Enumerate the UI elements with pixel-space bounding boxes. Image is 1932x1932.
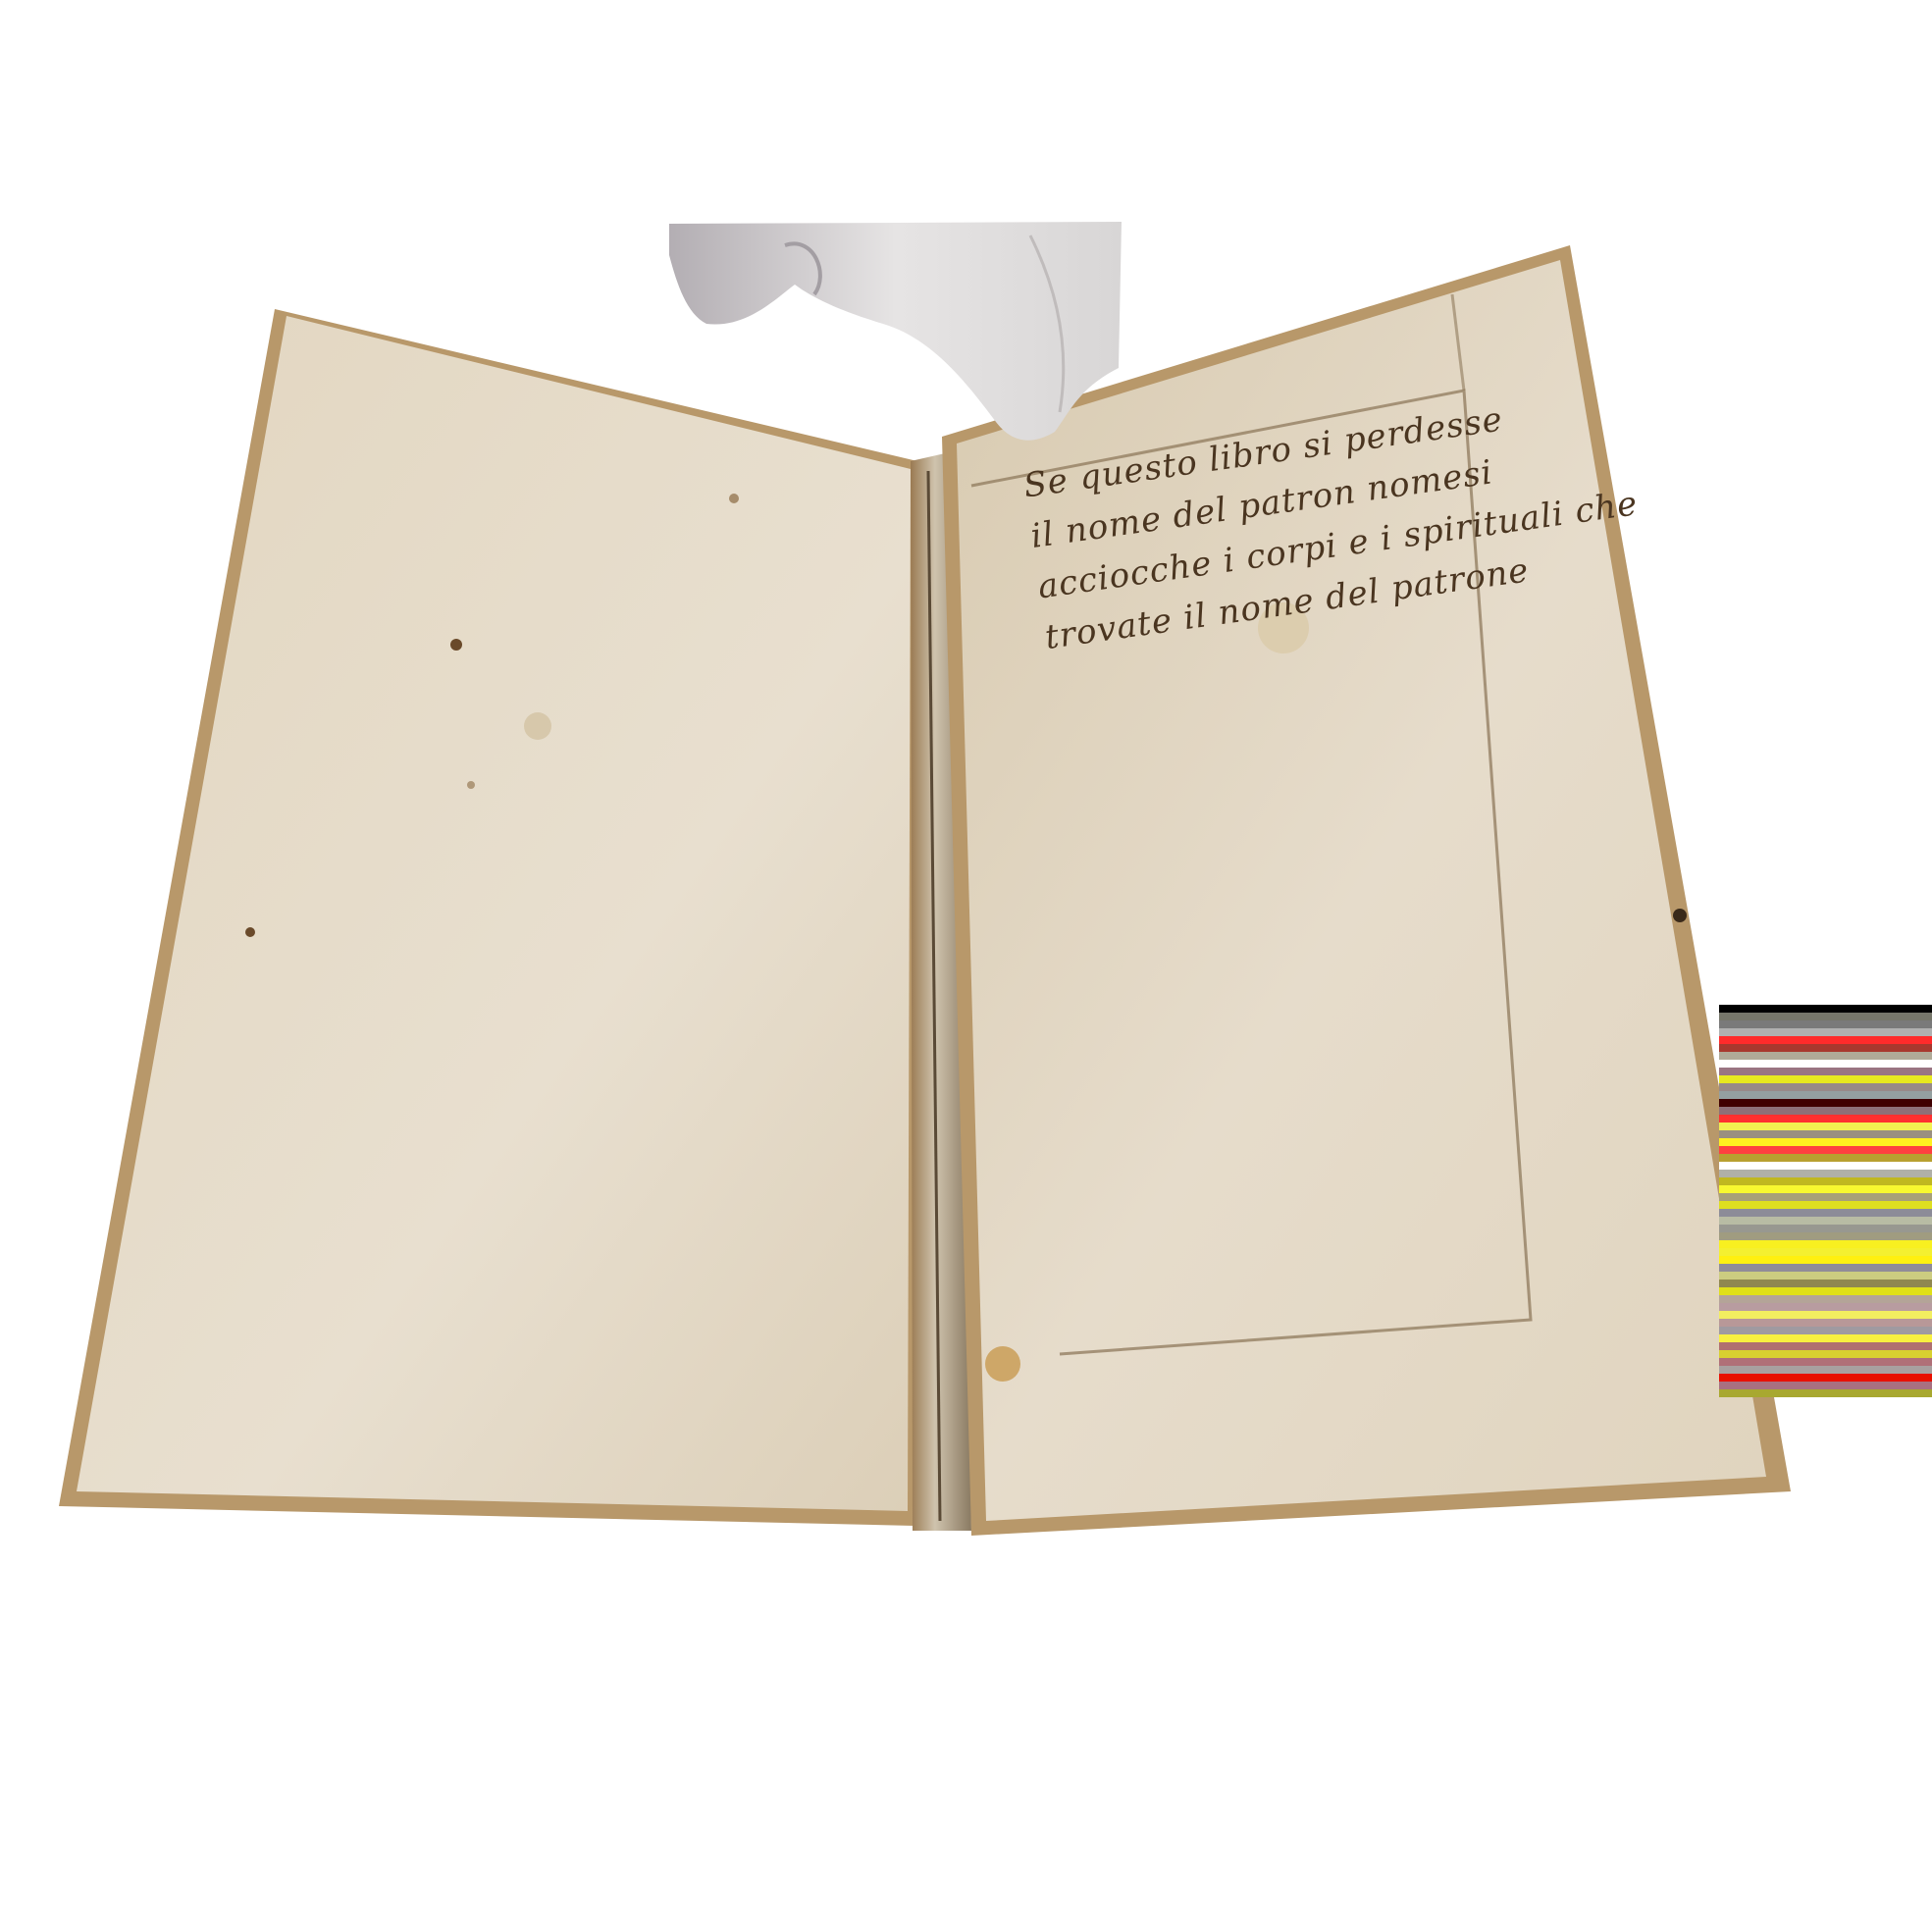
glitch-stripe bbox=[1719, 1036, 1932, 1044]
glitch-stripe bbox=[1719, 1279, 1932, 1287]
glitch-stripe bbox=[1719, 1013, 1932, 1020]
glitch-stripe bbox=[1719, 1319, 1932, 1327]
glitch-stripe bbox=[1719, 1020, 1932, 1028]
glitch-stripe bbox=[1719, 1350, 1932, 1358]
gloved-hand bbox=[669, 222, 1122, 441]
glitch-stripe bbox=[1719, 1154, 1932, 1162]
glitch-stripe bbox=[1719, 1225, 1932, 1232]
glitch-stripe bbox=[1719, 1382, 1932, 1389]
glitch-stripe bbox=[1719, 1248, 1932, 1256]
glitch-stripe bbox=[1719, 1287, 1932, 1295]
glitch-stripe bbox=[1719, 1374, 1932, 1382]
glitch-stripe bbox=[1719, 1060, 1932, 1068]
glitch-stripe bbox=[1719, 1272, 1932, 1279]
glitch-stripe bbox=[1719, 1068, 1932, 1075]
glitch-stripe bbox=[1719, 1193, 1932, 1201]
glitch-stripe bbox=[1719, 1130, 1932, 1138]
glitch-stripe bbox=[1719, 1170, 1932, 1177]
glitch-stripe bbox=[1719, 1256, 1932, 1264]
glitch-stripe bbox=[1719, 1107, 1932, 1115]
glitch-stripe bbox=[1719, 1209, 1932, 1217]
glitch-stripe bbox=[1719, 1146, 1932, 1154]
glitch-stripe bbox=[1719, 1075, 1932, 1083]
book-photo: Se questo libro si perdesse il nome del … bbox=[0, 0, 1932, 1932]
glitch-stripe bbox=[1719, 1358, 1932, 1366]
glitch-stripe bbox=[1719, 1327, 1932, 1334]
glitch-stripe bbox=[1719, 1083, 1932, 1091]
glitch-stripe bbox=[1719, 1264, 1932, 1272]
glitch-stripe bbox=[1719, 1099, 1932, 1107]
book-illustration bbox=[0, 0, 1932, 1932]
glitch-stripe bbox=[1719, 1177, 1932, 1185]
glitch-stripe bbox=[1719, 1115, 1932, 1123]
glitch-stripe bbox=[1719, 1295, 1932, 1303]
glitch-stripe bbox=[1719, 1240, 1932, 1248]
glitch-stripe bbox=[1719, 1334, 1932, 1342]
glitch-stripe bbox=[1719, 1311, 1932, 1319]
glitch-stripe bbox=[1719, 1123, 1932, 1130]
glitch-stripe bbox=[1719, 1342, 1932, 1350]
glitch-stripe bbox=[1719, 1162, 1932, 1170]
glitch-stripe bbox=[1719, 1366, 1932, 1374]
glitch-stripe bbox=[1719, 1091, 1932, 1099]
glitch-stripe bbox=[1719, 1389, 1932, 1397]
glitch-stripe bbox=[1719, 1052, 1932, 1060]
glitch-stripe bbox=[1719, 1232, 1932, 1240]
glitch-stripe bbox=[1719, 1201, 1932, 1209]
glitch-stripe bbox=[1719, 1028, 1932, 1036]
glitch-stripe bbox=[1719, 1185, 1932, 1193]
left-page bbox=[59, 309, 917, 1526]
glitch-stripe bbox=[1719, 1044, 1932, 1052]
glitch-stripe bbox=[1719, 1217, 1932, 1225]
glitch-stripe bbox=[1719, 1303, 1932, 1311]
color-stripe-artifact bbox=[1719, 1005, 1932, 1397]
glitch-stripe bbox=[1719, 1138, 1932, 1146]
glitch-stripe bbox=[1719, 1005, 1932, 1013]
